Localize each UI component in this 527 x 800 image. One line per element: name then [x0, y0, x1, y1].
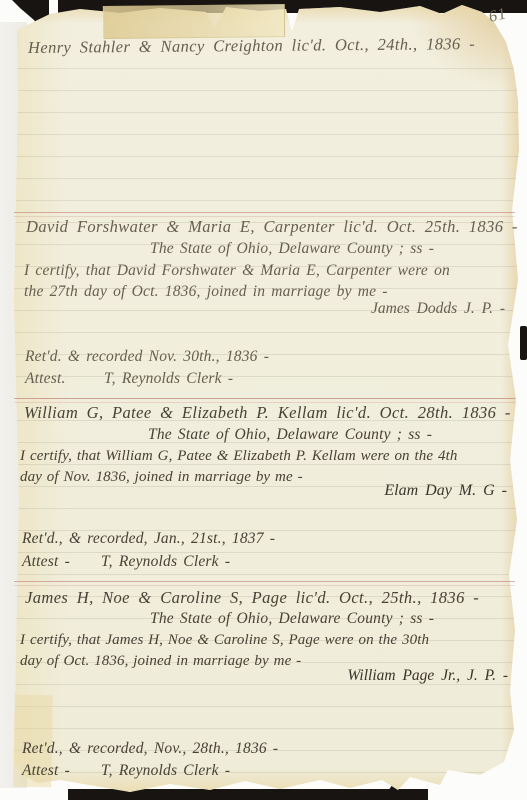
entry2-attest-clerk: T, Reynolds Clerk - [104, 370, 233, 388]
entry1-heading: Henry Stahler & Nancy Creighton lic'd. O… [28, 34, 475, 58]
entry3-certify-line1: I certify, that William G, Patee & Eliza… [20, 448, 457, 465]
entry3-certify-line2: day of Nov. 1836, joined in marriage by … [20, 469, 303, 486]
entry3-attest-clerk: T, Reynolds Clerk - [101, 553, 230, 571]
entry2-heading: David Forshwater & Maria E, Carpenter li… [26, 217, 518, 237]
tape-strip-top [103, 4, 285, 39]
ledger-photo: 61 Henry Stahler & Nancy Creighton lic'd… [0, 0, 527, 800]
entry3-signature: Elam Day M. G - [345, 482, 507, 500]
entry2-signature: James Dodds J. P. - [330, 300, 505, 318]
entry4-state-line: The State of Ohio, Delaware County ; ss … [150, 610, 434, 628]
entry3-heading: William G, Patee & Elizabeth P. Kellam l… [24, 403, 511, 423]
entry2-recorded: Ret'd. & recorded Nov. 30th., 1836 - [25, 348, 269, 366]
entry4-attest-clerk: T, Reynolds Clerk - [101, 762, 230, 780]
entry2-certify-line1: I certify, that David Forshwater & Maria… [24, 262, 450, 280]
entry2-state-line: The State of Ohio, Delaware County ; ss … [150, 240, 434, 258]
entry4-recorded: Ret'd., & recorded, Nov., 28th., 1836 - [22, 740, 278, 758]
entry2-certify-line2: the 27th day of Oct. 1836, joined in mar… [24, 283, 388, 301]
entry4-signature: William Page Jr., J. P. - [305, 667, 508, 685]
entry3-state-line: The State of Ohio, Delaware County ; ss … [148, 426, 432, 444]
entry4-attest-label: Attest - [22, 762, 70, 780]
entry2-attest-label: Attest. [25, 370, 66, 388]
entry3-recorded: Ret'd., & recorded, Jan., 21st., 1837 - [22, 530, 275, 548]
entry4-certify-line1: I certify, that James H, Noe & Caroline … [20, 632, 429, 649]
book-backdrop-right-sliver [520, 326, 527, 360]
entry3-attest-label: Attest - [22, 553, 70, 571]
entry4-certify-line2: day of Oct. 1836, joined in marriage by … [20, 653, 301, 670]
book-backdrop-bottom [68, 789, 428, 800]
entry4-heading: James H, Noe & Caroline S, Page lic'd. O… [25, 588, 479, 608]
section-divider-3 [14, 581, 515, 586]
